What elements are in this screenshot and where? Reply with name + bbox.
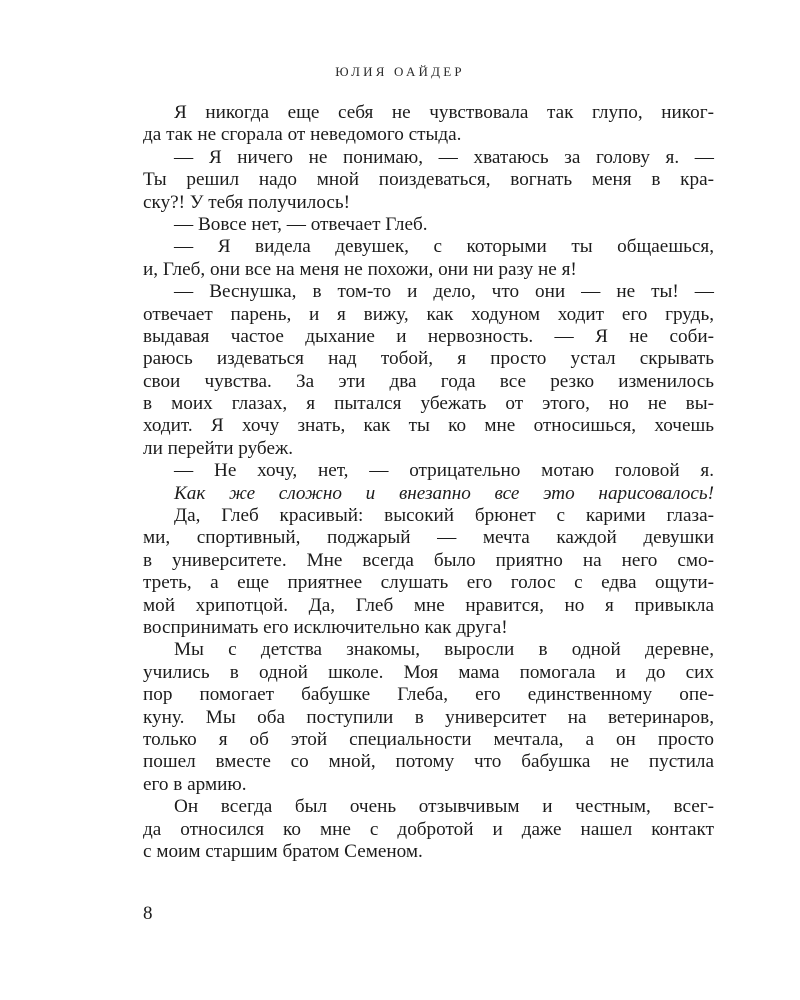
text-line: выдавая частое дыхание и нервозность. — … xyxy=(143,326,714,348)
page-number: 8 xyxy=(143,903,153,925)
text-line: Да, Глеб красивый: высокий брюнет с кари… xyxy=(143,505,714,527)
text-line: пор помогает бабушке Глеба, его единстве… xyxy=(143,684,714,706)
text-line: отвечает парень, и я вижу, как ходуном х… xyxy=(143,304,714,326)
text-line: Он всегда был очень отзывчивым и честным… xyxy=(143,796,714,818)
text-line: пошел вместе со мной, потому что бабушка… xyxy=(143,751,714,773)
text-line: Я никогда еще себя не чувствовала так гл… xyxy=(143,102,714,124)
text-line: в моих глазах, я пытался убежать от этог… xyxy=(143,393,714,415)
text-line: воспринимать его исключительно как друга… xyxy=(143,617,714,639)
text-line: ходит. Я хочу знать, как ты ко мне относ… xyxy=(143,415,714,437)
text-line: — Не хочу, нет, — отрицательно мотаю гол… xyxy=(143,460,714,482)
text-line: Ты решил надо мной поиздеваться, вогнать… xyxy=(143,169,714,191)
text-line: — Я ничего не понимаю, — хватаюсь за гол… xyxy=(143,147,714,169)
text-line: в университете. Мне всегда было приятно … xyxy=(143,550,714,572)
text-line: ску?! У тебя получилось! xyxy=(143,192,714,214)
text-line: — Веснушка, в том-то и дело, что они — н… xyxy=(143,281,714,303)
text-line: куну. Мы оба поступили в университет на … xyxy=(143,707,714,729)
text-line: учились в одной школе. Моя мама помогала… xyxy=(143,662,714,684)
text-line: и, Глеб, они все на меня не похожи, они … xyxy=(143,259,714,281)
text-line: треть, а еще приятнее слушать его голос … xyxy=(143,572,714,594)
text-line: ми, спортивный, поджарый — мечта каждой … xyxy=(143,527,714,549)
text-line: только я об этой специальности мечтала, … xyxy=(143,729,714,751)
text-line: да относился ко мне с добротой и даже на… xyxy=(143,819,714,841)
text-line: Мы с детства знакомы, выросли в одной де… xyxy=(143,639,714,661)
text-line: ли перейти рубеж. xyxy=(143,438,714,460)
text-line: его в армию. xyxy=(143,774,714,796)
italic-text-line: Как же сложно и внезапно все это нарисов… xyxy=(143,483,714,505)
text-line: свои чувства. За эти два года все резко … xyxy=(143,371,714,393)
text-line: мой хрипотцой. Да, Глеб мне нравится, но… xyxy=(143,595,714,617)
text-line: раюсь издеваться над тобой, я просто уст… xyxy=(143,348,714,370)
text-line: — Я видела девушек, с которыми ты общаеш… xyxy=(143,236,714,258)
text-line: — Вовсе нет, — отвечает Глеб. xyxy=(143,214,714,236)
body-text: Я никогда еще себя не чувствовала так гл… xyxy=(143,102,714,863)
running-header: ЮЛИЯ ОАЙДЕР xyxy=(0,64,800,80)
text-line: да так не сгорала от неведомого стыда. xyxy=(143,124,714,146)
text-line: с моим старшим братом Семеном. xyxy=(143,841,714,863)
